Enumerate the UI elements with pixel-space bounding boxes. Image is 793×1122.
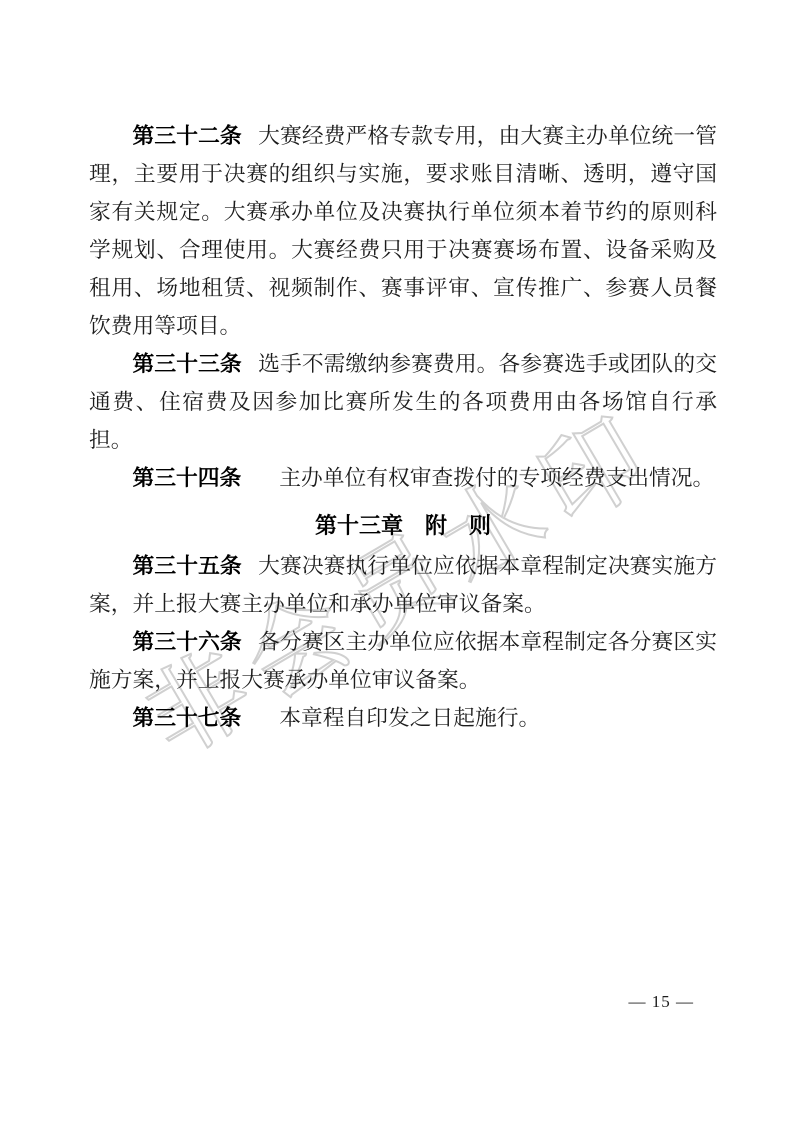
article-33: 第三十三条选手不需缴纳参赛费用。各参赛选手或团队的交通费、住宿费及因参加比赛所发…: [89, 345, 717, 459]
article-32-number: 第三十二条: [133, 124, 242, 148]
document-page: 非会员水印 第三十二条大赛经费严格专款专用，由大赛主办单位统一管理，主要用于决赛…: [0, 0, 793, 1122]
article-34-text: 主办单位有权审查拨付的专项经费支出情况。: [258, 466, 715, 490]
article-34: 第三十四条 主办单位有权审查拨付的专项经费支出情况。: [89, 459, 717, 497]
article-36: 第三十六条各分赛区主办单位应依据本章程制定各分赛区实施方案，并上报大赛承办单位审…: [89, 623, 717, 699]
chapter-heading: 第十三章 附 则: [89, 507, 717, 545]
article-35: 第三十五条大赛决赛执行单位应依据本章程制定决赛实施方案，并上报大赛主办单位和承办…: [89, 547, 717, 623]
page-number: — 15 —: [629, 992, 695, 1012]
article-37-text: 本章程自印发之日起施行。: [258, 706, 541, 730]
article-37: 第三十七条 本章程自印发之日起施行。: [89, 699, 717, 737]
article-35-number: 第三十五条: [133, 554, 242, 578]
article-36-number: 第三十六条: [133, 630, 242, 654]
article-32-text: 大赛经费严格专款专用，由大赛主办单位统一管理，主要用于决赛的组织与实施，要求账目…: [89, 124, 717, 338]
article-34-number: 第三十四条: [133, 466, 242, 490]
article-37-number: 第三十七条: [133, 706, 242, 730]
article-33-number: 第三十三条: [133, 352, 242, 376]
document-body: 第三十二条大赛经费严格专款专用，由大赛主办单位统一管理，主要用于决赛的组织与实施…: [89, 117, 717, 737]
article-32: 第三十二条大赛经费严格专款专用，由大赛主办单位统一管理，主要用于决赛的组织与实施…: [89, 117, 717, 345]
